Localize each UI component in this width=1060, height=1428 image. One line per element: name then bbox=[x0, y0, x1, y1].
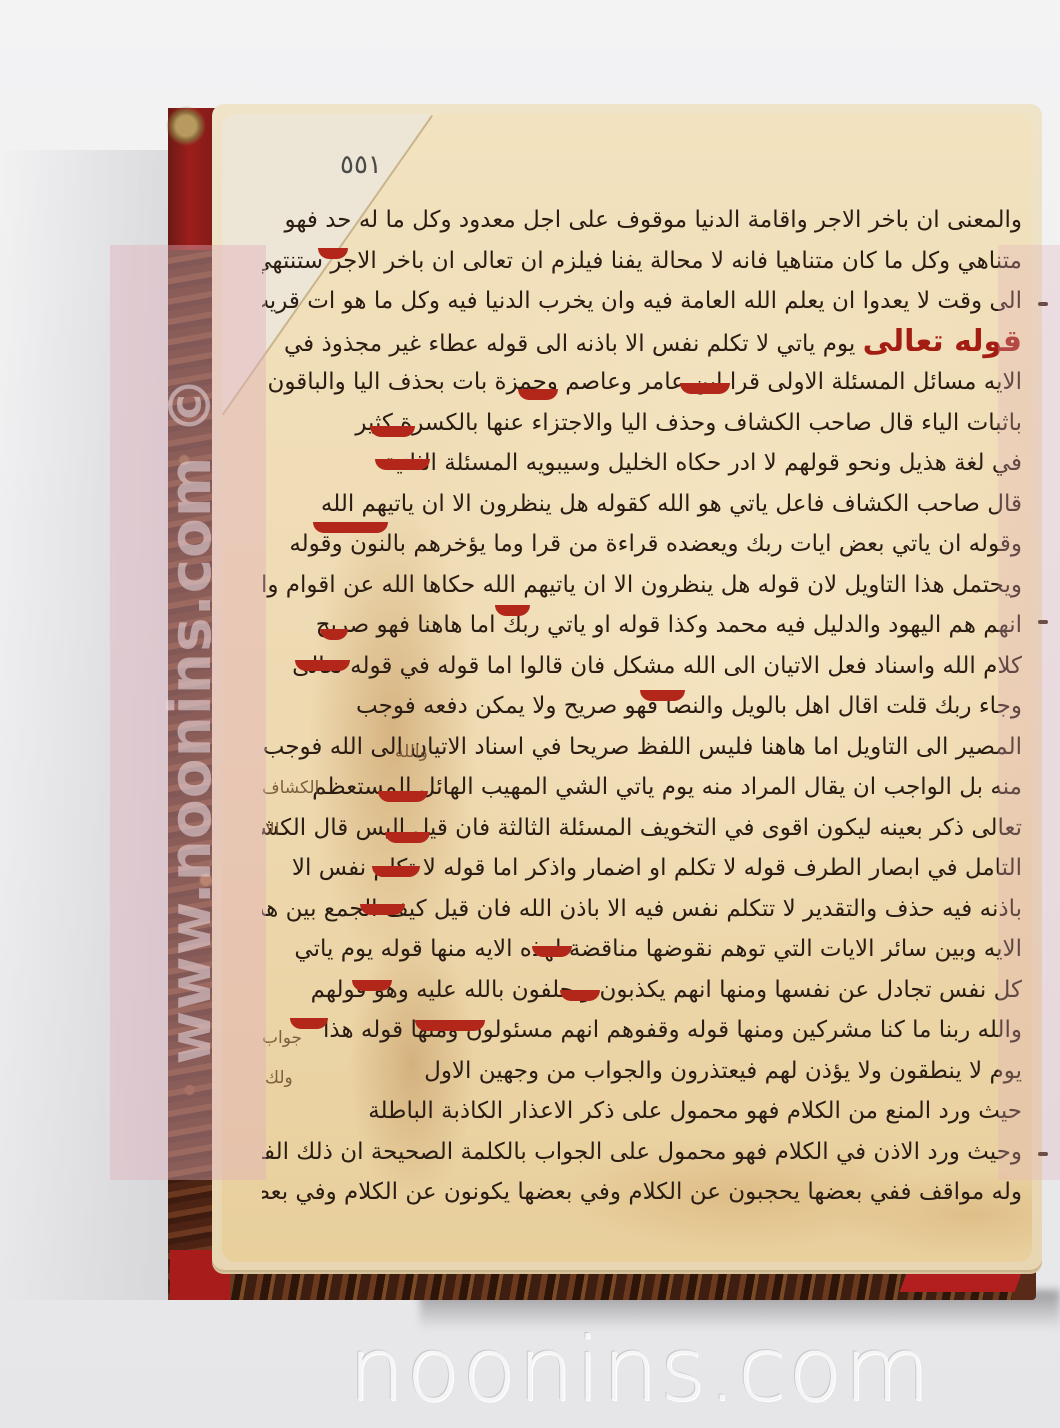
text-line: قال صاحب الكشاف فاعل ياتي هو الله كقوله … bbox=[262, 484, 1022, 525]
text-line: والله ربنا ما كنا مشركين ومنها قوله وقفو… bbox=[262, 1010, 1022, 1051]
red-overline-mark bbox=[370, 426, 415, 437]
margin-note: ولك bbox=[265, 1068, 293, 1088]
page-number: ٥٥١ bbox=[340, 150, 382, 180]
text-line: منه بل الواجب ان يقال المراد منه يوم يات… bbox=[262, 767, 1022, 808]
text-line: يوم ياتي لا تكلم نفس الا باذنه الى قوله … bbox=[284, 331, 855, 357]
text-line: يوم لا ينطقون ولا يؤذن لهم فيعتذرون والج… bbox=[262, 1051, 1022, 1092]
text-line: باثبات الياء قال صاحب الكشاف وحذف اليا و… bbox=[262, 403, 1022, 444]
margin-note: والله bbox=[395, 742, 428, 762]
margin-note: جواب bbox=[262, 1028, 302, 1048]
text-line: المصير الى التاويل اما هاهنا فليس اللفظ … bbox=[262, 727, 1022, 768]
text-line: تعالى ذكر بعينه ليكون اقوى في التخويف ال… bbox=[262, 808, 1022, 849]
red-overline-mark bbox=[640, 690, 685, 701]
red-overline-mark bbox=[313, 522, 388, 533]
cover-worn-corner bbox=[166, 106, 206, 146]
red-overline-mark bbox=[680, 383, 730, 394]
red-overline-mark bbox=[360, 904, 405, 915]
red-overline-mark bbox=[352, 980, 392, 991]
text-line: انهم هم اليهود والدليل فيه محمد وكذا قول… bbox=[262, 605, 1022, 646]
text-line: والمعنى ان باخر الاجر واقامة الدنيا موقو… bbox=[262, 200, 1022, 241]
red-overline-mark bbox=[518, 389, 558, 400]
watermark-vertical-text: www.noonins.com © bbox=[156, 376, 224, 1065]
red-overline-mark bbox=[378, 791, 428, 802]
text-line-with-rubric: قوله تعالى يوم ياتي لا تكلم نفس الا باذن… bbox=[262, 322, 1022, 363]
manuscript-text: والمعنى ان باخر الاجر واقامة الدنيا موقو… bbox=[262, 200, 1022, 1213]
red-overline-mark bbox=[495, 605, 530, 616]
red-overline-mark bbox=[385, 832, 430, 843]
red-overline-mark bbox=[560, 990, 600, 1001]
red-overline-mark bbox=[375, 459, 430, 470]
red-overline-mark bbox=[372, 866, 420, 877]
text-line: وله مواقف ففي بعضها يحجبون عن الكلام وفي… bbox=[262, 1172, 1022, 1213]
text-line: الايه مسائل المسئلة الاولى قرا ابن عامر … bbox=[262, 362, 1022, 403]
watermark-band-right bbox=[998, 245, 1060, 1180]
margin-note: الكشاف bbox=[262, 778, 319, 798]
red-overline-mark bbox=[532, 946, 572, 957]
text-line: ويحتمل هذا التاويل لان قوله هل ينظرون ال… bbox=[262, 565, 1022, 606]
text-line: حيث ورد المنع من الكلام فهو محمول على ذك… bbox=[262, 1091, 1022, 1132]
red-overline-mark bbox=[415, 1020, 485, 1031]
watermark-bottom-text: noonins.com bbox=[340, 1318, 940, 1421]
text-line: متناهي وكل ما كان متناهيا فانه لا محالة … bbox=[262, 241, 1022, 282]
margin-note: الا bbox=[265, 820, 279, 840]
text-line: وحيث ورد الاذن في الكلام فهو محمول على ا… bbox=[262, 1132, 1022, 1173]
red-overline-mark bbox=[295, 660, 350, 671]
text-line: الى وقت لا يعدوا ان يعلم الله العامة فيه… bbox=[262, 281, 1022, 322]
text-line: كلام الله واسناد فعل الاتيان الى الله مش… bbox=[262, 646, 1022, 687]
text-line: الايه وبين سائر الايات التي توهم نقوضها … bbox=[262, 929, 1022, 970]
